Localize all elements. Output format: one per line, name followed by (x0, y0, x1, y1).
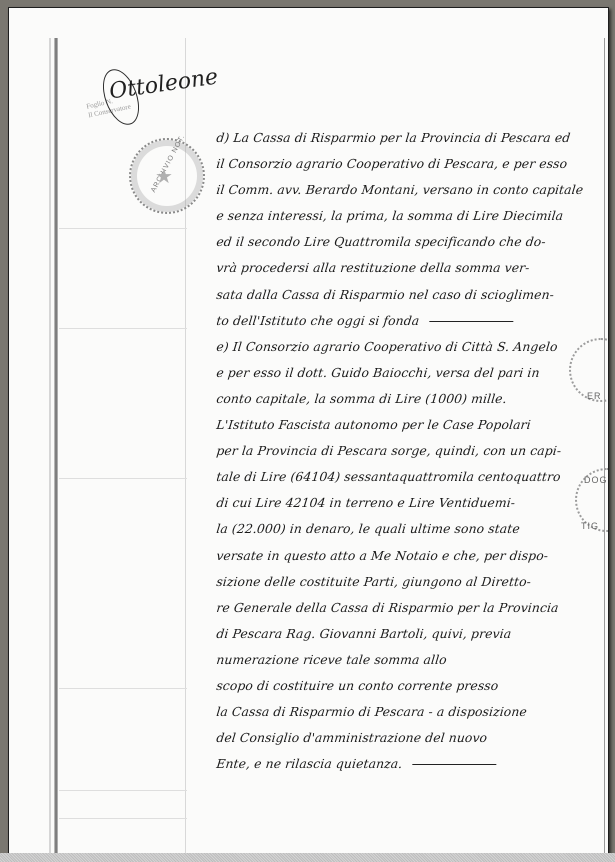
text-line: conto capitale, la somma di Lire (1000) … (215, 386, 603, 412)
text-line: d) La Cassa di Risparmio per la Provinci… (215, 125, 603, 151)
right-margin-line (604, 38, 605, 853)
text-line: versate in questo atto a Me Notaio e che… (215, 543, 603, 569)
text-line: di Pescara Rag. Giovanni Bartoli, quivi,… (215, 621, 603, 647)
viewer-bottom-edge (0, 853, 615, 862)
text-line: ed il secondo Lire Quattromila specifica… (215, 229, 603, 255)
ruled-line (59, 328, 187, 329)
binding-fold-line (54, 38, 58, 853)
text-line: e per esso il dott. Guido Baiocchi, vers… (215, 360, 603, 386)
text-line: di cui Lire 42104 in terreno e Lire Vent… (215, 490, 603, 516)
text-line: scopo di costituire un conto corrente pr… (215, 673, 603, 699)
text-line: per la Provincia di Pescara sorge, quind… (215, 438, 603, 464)
document-page: Foglio N. Il Conservatore Ottoleone ARCH… (8, 7, 609, 854)
binding-edge (49, 38, 51, 853)
ruled-line (59, 790, 187, 791)
ruled-line (59, 228, 187, 229)
text-line: sata dalla Cassa di Risparmio nel caso d… (215, 282, 603, 308)
text-line: e senza interessi, la prima, la somma di… (215, 203, 603, 229)
seal-star-icon: ★ (155, 164, 173, 189)
text-line: L'Istituto Fascista autonomo per le Case… (215, 412, 603, 438)
text-line: to dell'Istituto che oggi si fonda (215, 308, 603, 334)
text-line: il Comm. avv. Berardo Montani, versano i… (215, 177, 603, 203)
text-line: del Consiglio d'amministrazione del nuov… (215, 725, 603, 751)
text-line: la (22.000) in denaro, le quali ultime s… (215, 516, 603, 542)
ruled-line (59, 478, 187, 479)
text-line: vrà procedersi alla restituzione della s… (215, 255, 603, 281)
text-line: sizione delle costituite Parti, giungono… (215, 569, 603, 595)
text-line: il Consorzio agrario Cooperativo di Pesc… (215, 151, 603, 177)
margin-signature: Ottoleone (108, 65, 220, 105)
text-line: la Cassa di Risparmio di Pescara - a dis… (215, 699, 603, 725)
ruled-line (59, 688, 187, 689)
ruled-line (59, 818, 187, 819)
text-line: e) Il Consorzio agrario Cooperativo di C… (215, 334, 603, 360)
text-line: re Generale della Cassa di Risparmio per… (215, 595, 603, 621)
text-line: Ente, e ne rilascia quietanza. (215, 751, 603, 777)
handwritten-body: d) La Cassa di Risparmio per la Provinci… (215, 125, 600, 777)
text-line: numerazione riceve tale somma allo (215, 647, 603, 673)
text-line: tale di Lire (64104) sessantaquattromila… (215, 464, 603, 490)
line-filler-stroke (429, 321, 513, 322)
line-filler-stroke (412, 764, 496, 765)
